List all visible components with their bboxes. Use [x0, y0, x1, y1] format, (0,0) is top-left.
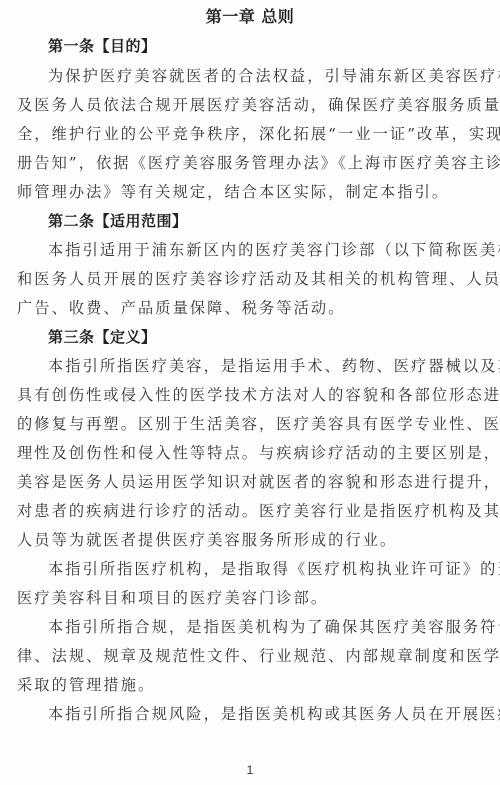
article-3-paragraph-line: 本指引所指合规，是指医美机构为了确保其医疗美容服务符合法	[48, 617, 500, 637]
article-3-paragraph-line: 律、法规、规章及规范性文件、行业规范、内部规章制度和医学伦理，	[17, 646, 477, 666]
article-3-paragraph-line: 对患者的疾病进行诊疗的活动。医疗美容行业是指医疗机构及其医务	[17, 501, 477, 521]
article-1-paragraph-line: 全，维护行业的公平竞争秩序，深化拓展“一业一证”改革，实现“一	[17, 124, 477, 144]
article-2-paragraph-line: 广告、收费、产品质量保障、税务等活动。	[17, 298, 477, 318]
article-3-paragraph-line: 的修复与再塑。区别于生活美容，医疗美容具有医学专业性、医学伦	[17, 414, 477, 434]
article-3-paragraph-line: 美容是医务人员运用医学知识对就医者的容貌和形态进行提升，而非	[17, 472, 477, 492]
document-page: 第一章 总则 第一条【目的】 为保护医疗美容就医者的合法权益，引导浦东新区美容医…	[0, 0, 500, 785]
article-1-paragraph-line: 及医务人员依法合规开展医疗美容活动，确保医疗美容服务质量和安	[17, 95, 477, 115]
article-2-paragraph-line: 本指引适用于浦东新区内的医疗美容门诊部（以下简称医美机构）	[48, 240, 500, 260]
page-number: 1	[0, 763, 500, 777]
article-3-paragraph-line: 理性及创伤性和侵入性等特点。与疾病诊疗活动的主要区别是，医疗	[17, 443, 477, 463]
article-1-paragraph-line: 为保护医疗美容就医者的合法权益，引导浦东新区美容医疗机构	[48, 66, 500, 86]
article-1-heading: 第一条【目的】	[48, 36, 157, 56]
article-3-heading: 第三条【定义】	[48, 327, 157, 347]
article-3-paragraph-line: 具有创伤性或侵入性的医学技术方法对人的容貌和各部位形态进行	[17, 385, 477, 405]
article-2-heading: 第二条【适用范围】	[48, 211, 188, 231]
article-1-paragraph-line: 师管理办法》等有关规定，结合本区实际，制定本指引。	[17, 182, 477, 202]
article-3-paragraph-line: 本指引所指医疗美容，是指运用手术、药物、医疗器械以及其他	[48, 356, 500, 376]
article-2-paragraph-line: 和医务人员开展的医疗美容诊疗活动及其相关的机构管理、人员管理、	[17, 269, 477, 289]
article-3-paragraph-line: 医疗美容科目和项目的医疗美容门诊部。	[17, 588, 477, 608]
article-3-paragraph-line: 人员等为就医者提供医疗美容服务所形成的行业。	[17, 530, 477, 550]
article-3-paragraph-line: 本指引所指合规风险，是指医美机构或其医务人员在开展医疗美	[48, 704, 500, 724]
chapter-title: 第一章 总则	[0, 4, 500, 27]
article-3-paragraph-line: 本指引所指医疗机构，是指取得《医疗机构执业许可证》的开展	[48, 559, 500, 579]
article-3-paragraph-line: 采取的管理措施。	[17, 675, 477, 695]
article-1-paragraph-line: 册告知”，依据《医疗美容服务管理办法》《上海市医疗美容主诊医	[17, 153, 477, 173]
